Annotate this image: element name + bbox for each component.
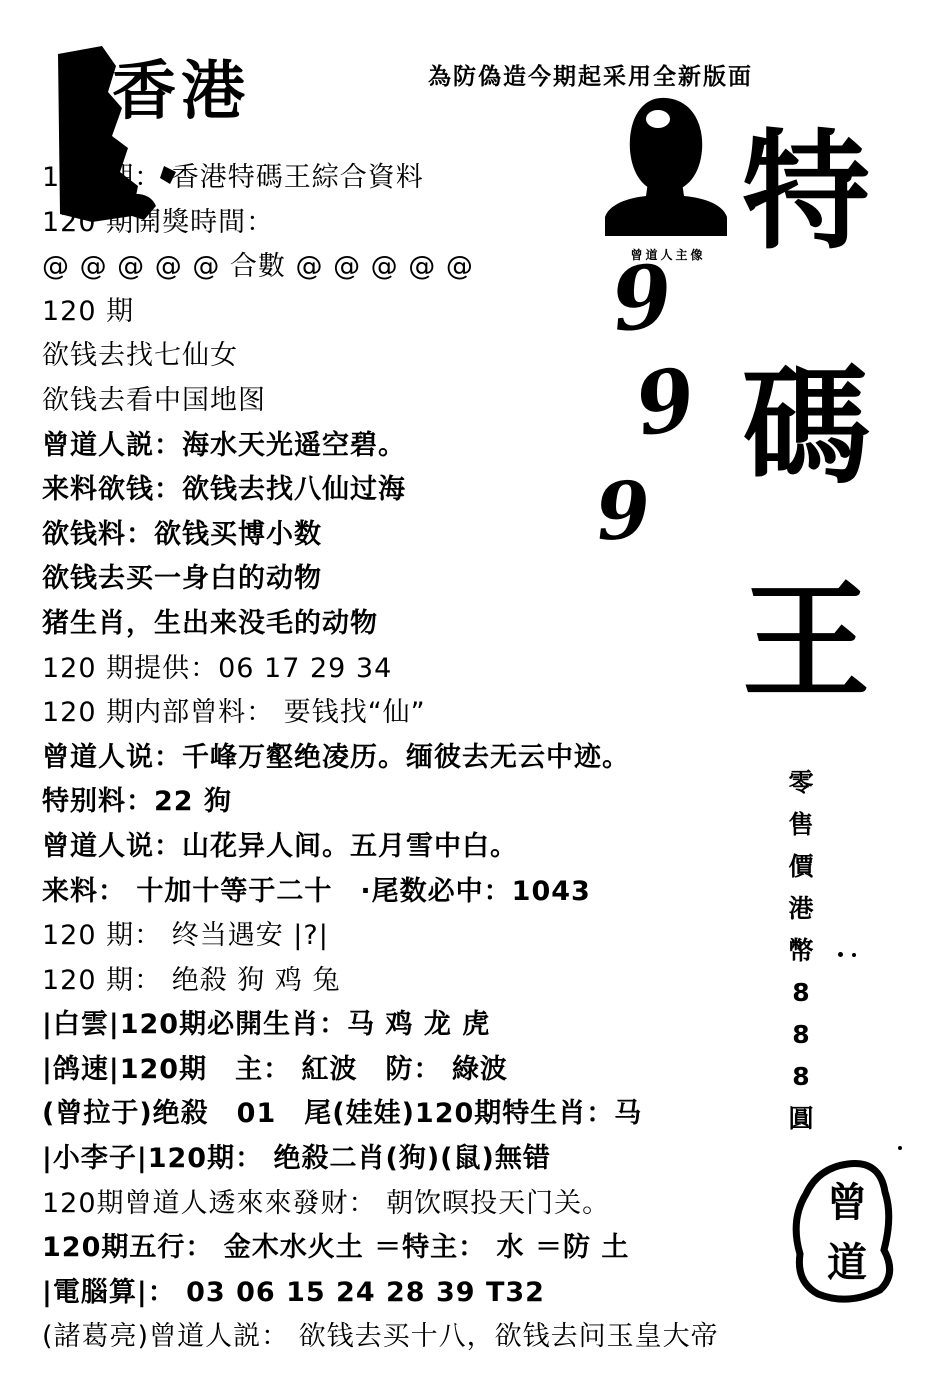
page-title: 香港	[112, 40, 250, 132]
text-line-21: |鸽速|120期 主： 紅波 防： 綠波	[42, 1048, 922, 1093]
text-line-12: 120 期提供：06 17 29 34	[42, 647, 922, 692]
text-line-3: @ @ @ @ @ 合數 @ @ @ @ @	[42, 245, 922, 290]
text-line-5: 欲钱去找七仙女	[42, 334, 922, 379]
text-line-24: 120期曾道人透來來發财： 朝饮暝投天门关。	[42, 1182, 922, 1227]
text-line-8: 来料欲钱：欲钱去找八仙过海	[42, 468, 922, 513]
text-line-14: 曾道人说：千峰万壑绝凌历。缅彼去无云中迹。	[42, 736, 922, 781]
scan-noise-dot	[852, 953, 856, 957]
text-line-16: 曾道人说：山花异人间。五月雪中白。	[42, 825, 922, 870]
text-line-15: 特别料：22 狗	[42, 780, 922, 825]
text-line-11: 猪生肖，生出来没毛的动物	[42, 602, 922, 647]
text-line-2: 120 期開獎時間：	[42, 201, 922, 246]
anti-counterfeit-notice: 為防偽造今期起采用全新版面	[428, 58, 753, 91]
text-line-13: 120 期内部曾料： 要钱找“仙”	[42, 691, 922, 736]
text-line-19: 120 期： 绝殺 狗 鸡 兔	[42, 959, 922, 1004]
tip-text-block: 120 期： 香港特碼王綜合資料120 期開獎時間：@ @ @ @ @ 合數 @…	[42, 156, 922, 1360]
text-line-9: 欲钱料：欲钱买博小数	[42, 513, 922, 558]
scan-noise-dot	[640, 142, 645, 147]
text-line-4: 120 期	[42, 290, 922, 335]
text-line-7: 曾道人説：海水天光遥空碧。	[42, 424, 922, 469]
text-line-20: |白雲|120期必開生肖：马 鸡 龙 虎	[42, 1003, 922, 1048]
text-line-17: 来料： 十加十等于二十 ·尾数必中：1043	[42, 870, 922, 915]
text-line-18: 120 期： 终当遇安 |?|	[42, 914, 922, 959]
text-line-23: |小李子|120期： 绝殺二肖(狗)(鼠)無错	[42, 1137, 922, 1182]
text-line-22: (曾拉于)绝殺 01 尾(娃娃)120期特生肖：马	[42, 1092, 922, 1137]
text-line-25: 120期五行： 金木水火土 ＝特主： 水 ＝防 土	[42, 1226, 922, 1271]
text-line-6: 欲钱去看中国地图	[42, 379, 922, 424]
text-line-26: |電腦算|： 03 06 15 24 28 39 T32	[42, 1271, 922, 1316]
scan-noise-dot	[838, 952, 843, 957]
text-line-27: (諸葛亮)曾道人説： 欲钱去买十八，欲钱去问玉皇大帝	[42, 1315, 922, 1360]
scan-noise-dot	[898, 1146, 902, 1150]
scanned-lottery-tipsheet: 香港 為防偽造今期起采用全新版面 曾道人主像 9 9 9 特 碼 王 零售價港幣…	[0, 0, 938, 1388]
text-line-10: 欲钱去买一身白的动物	[42, 557, 922, 602]
text-line-1: 120 期： 香港特碼王綜合資料	[42, 156, 922, 201]
